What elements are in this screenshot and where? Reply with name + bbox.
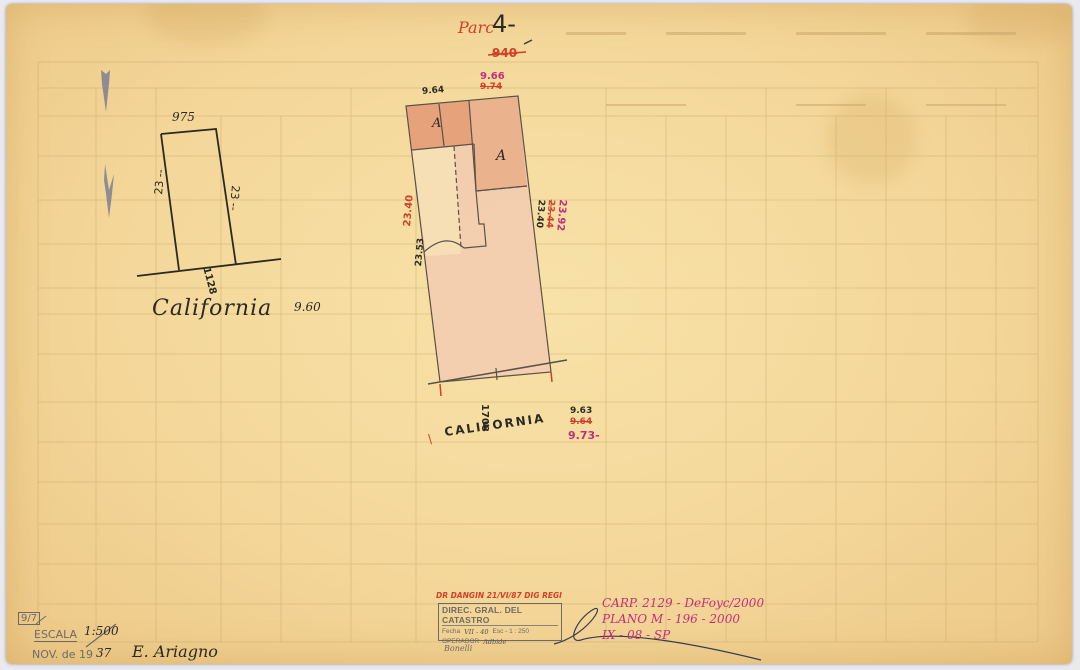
corner-mark: 9/7: [18, 612, 40, 625]
left-frontage-label: 975: [172, 110, 195, 124]
building-mark-a-1: A: [432, 116, 441, 131]
note-plano: PLANO M - 196 - 2000: [602, 612, 740, 626]
main-plan-lot: [406, 96, 567, 396]
date-year: 37: [96, 646, 111, 660]
arrow-icon: [104, 164, 114, 218]
left-street-value: 9.60: [294, 300, 321, 314]
cadastre-stamp: DIREC. GRAL. DEL CATASTRO Fecha VII - 40…: [438, 603, 562, 641]
cadastral-sheet: Parc 4- 940 975 23 -- 23 -- 1128 Califor…: [6, 4, 1072, 664]
form-grid: [6, 4, 1072, 664]
parcel-label: Parc: [458, 18, 494, 37]
parcel-number: 4-: [492, 10, 516, 38]
stamp-fecha-value: VII - 40: [464, 628, 488, 636]
street-frontage-struck: 9.64: [570, 417, 592, 427]
struck-number: 940: [492, 46, 517, 60]
left-side-label: 23 --: [152, 169, 167, 195]
left-street-name: California: [152, 296, 272, 321]
date-label: NOV. de 19: [32, 648, 93, 661]
top-frontage-corrected: 9.66: [480, 71, 505, 82]
stamp-red-annotation: DR DANGIN 21/VI/87 DIG REGI: [436, 591, 562, 600]
left-sketch-lot: [137, 129, 281, 276]
north-arrow-icon: [101, 70, 110, 112]
stamp-escala: Esc - 1 : 250: [493, 628, 530, 636]
street-tick: \: [428, 432, 432, 446]
surveyor-signature: E. Ariagno: [132, 642, 218, 661]
top-frontage: 9.64: [422, 85, 445, 97]
escala-label: ESCALA: [34, 628, 77, 642]
building-mark-a-2: A: [496, 148, 506, 164]
stamp-signature: Bonelli: [444, 644, 472, 653]
stamp-title: DIREC. GRAL. DEL CATASTRO: [442, 605, 558, 626]
stamp-fecha-label: Fecha: [442, 628, 460, 636]
stamp-operador-value: Adbide: [483, 638, 506, 646]
escala-value: 1:500: [84, 624, 119, 638]
right-side-label: 23 --: [227, 185, 242, 211]
street-frontage-magenta: 9.73-: [568, 429, 600, 442]
street-frontage: 9.63: [570, 406, 592, 416]
note-carpeta: CARP. 2129 - DeFoyc/2000: [602, 596, 764, 610]
top-frontage-struck: 9.74: [480, 82, 502, 92]
note-date: IX - 08 - SP: [602, 628, 670, 642]
